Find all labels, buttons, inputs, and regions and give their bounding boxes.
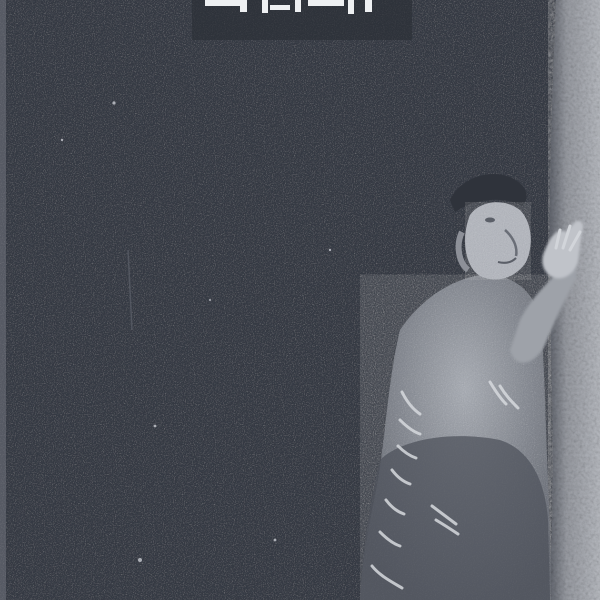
figure-eye <box>485 218 495 223</box>
figure-face <box>465 202 531 279</box>
left-edge-highlight <box>0 0 6 600</box>
photo-frame <box>0 0 600 600</box>
figure-shadow <box>360 436 550 600</box>
photo-illustration <box>0 0 600 600</box>
